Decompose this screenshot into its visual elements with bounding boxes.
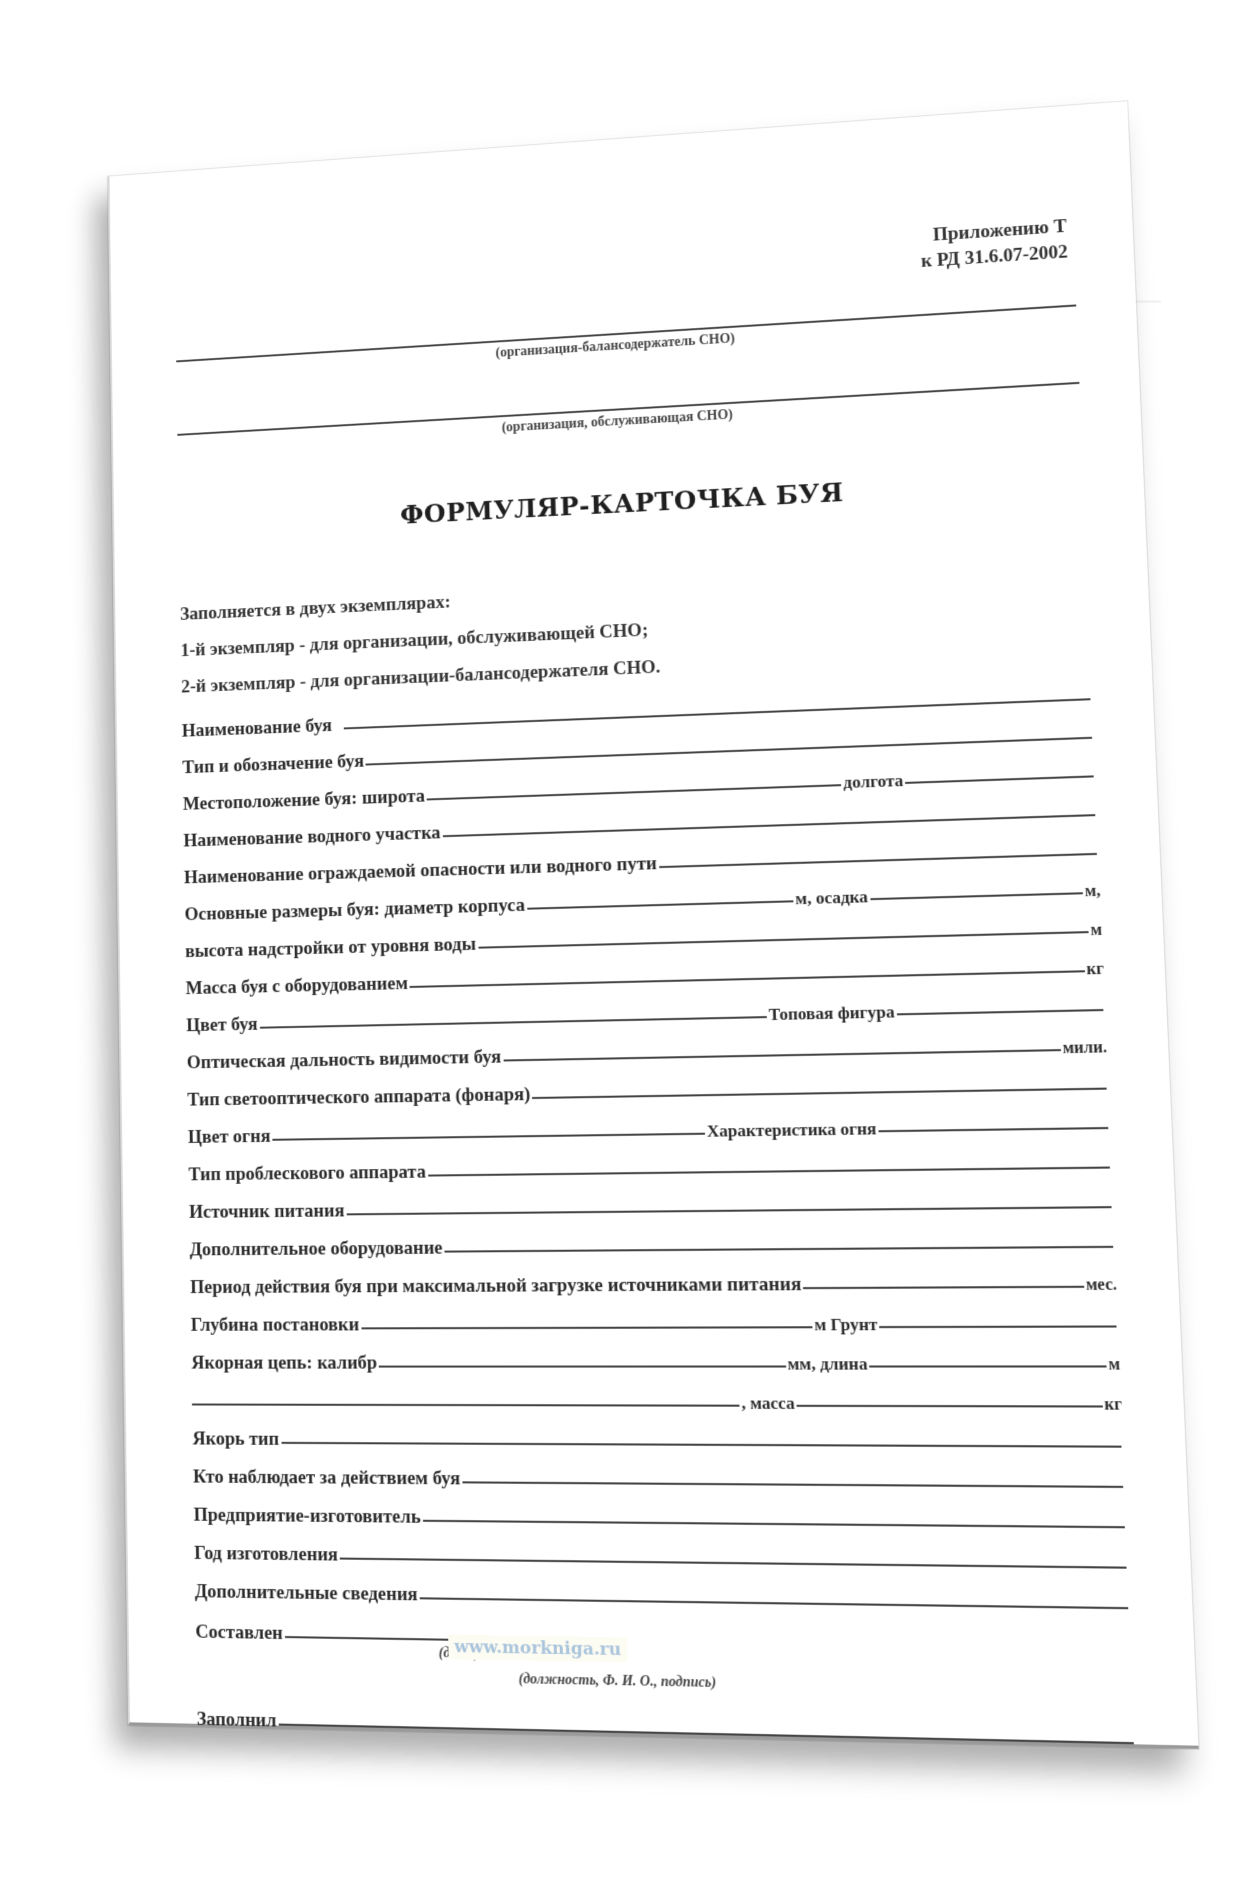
label-power-source: Источник питания	[189, 1200, 345, 1223]
label-longitude: долгота	[843, 771, 904, 793]
field-longitude[interactable]	[905, 775, 1093, 784]
unit-period: мес.	[1086, 1276, 1118, 1295]
label-topmark: Топовая фигура	[768, 1002, 895, 1025]
row-period: Период действия буя при максимальной заг…	[190, 1255, 1117, 1299]
field-year[interactable]	[340, 1558, 1127, 1569]
field-chain-extra[interactable]	[192, 1403, 740, 1406]
form-content: Приложению Т к РД 31.6.07-2002 (организа…	[175, 214, 1136, 1752]
field-extra-equipment[interactable]	[445, 1246, 1114, 1253]
field-ground[interactable]	[879, 1325, 1116, 1328]
field-diameter[interactable]	[527, 900, 794, 909]
label-draft: м, осадка	[795, 887, 868, 909]
row-chain-mass: , масса кг	[192, 1375, 1123, 1415]
field-flasher-type[interactable]	[428, 1167, 1110, 1177]
paper: Приложению Т к РД 31.6.07-2002 (организа…	[108, 101, 1199, 1749]
row-depth: Глубина постановки м Грунт	[190, 1295, 1119, 1337]
label-filled: Заполнил	[197, 1709, 277, 1733]
field-chain-caliber[interactable]	[379, 1365, 785, 1367]
field-chain-length[interactable]	[870, 1365, 1107, 1367]
label-year: Год изготовления	[194, 1543, 338, 1567]
field-manufacturer[interactable]	[423, 1520, 1125, 1529]
row-anchor-type: Якорь тип	[192, 1412, 1124, 1455]
field-power-source[interactable]	[346, 1206, 1111, 1215]
label-observer: Кто наблюдает за действием буя	[193, 1466, 461, 1490]
field-period[interactable]	[803, 1286, 1083, 1289]
unit-chain-length: м	[1108, 1356, 1120, 1375]
field-depth[interactable]	[361, 1326, 812, 1329]
field-light-character[interactable]	[878, 1127, 1108, 1132]
watermark: www.morkniga.ru	[448, 1635, 627, 1663]
field-draft[interactable]	[870, 892, 1083, 900]
field-filled-by[interactable]	[278, 1724, 1133, 1745]
label-manufacturer: Предприятие-изготовитель	[193, 1505, 420, 1529]
unit-visibility: мили.	[1062, 1039, 1107, 1058]
unit-superstructure: м	[1090, 921, 1102, 940]
label-chain-length: мм, длина	[787, 1354, 868, 1375]
label-depth: Глубина постановки	[191, 1314, 360, 1336]
label-flasher-type: Тип проблескового аппарата	[188, 1162, 426, 1187]
field-topmark[interactable]	[897, 1009, 1104, 1015]
row-filled: Заполнил	[196, 1690, 1136, 1752]
label-chain-caliber: Якорная цепь: калибр	[191, 1352, 377, 1374]
label-light-color: Цвет огня	[188, 1126, 271, 1149]
field-anchor-type[interactable]	[281, 1442, 1121, 1448]
row-chain: Якорная цепь: калибр мм, длина м	[191, 1335, 1121, 1375]
label-color: Цвет буя	[186, 1014, 258, 1037]
label-period: Период действия буя при максимальной заг…	[190, 1274, 802, 1299]
label-extra-info: Дополнительные сведения	[195, 1581, 418, 1606]
field-light-color[interactable]	[272, 1133, 705, 1141]
label-compiled: Составлен	[195, 1621, 283, 1645]
unit-chain-mass: кг	[1104, 1396, 1122, 1415]
label-anchor-type: Якорь тип	[192, 1428, 279, 1450]
row-observer: Кто наблюдает за действием буя	[193, 1450, 1126, 1495]
label-ground: м Грунт	[814, 1315, 878, 1336]
label-light-character: Характеристика огня	[707, 1119, 877, 1142]
paper-sheet: Приложению Т к РД 31.6.07-2002 (организа…	[108, 101, 1199, 1749]
field-chain-mass[interactable]	[797, 1405, 1102, 1408]
unit-mass: кг	[1086, 961, 1104, 980]
unit-draft: м,	[1085, 883, 1101, 902]
form-title: ФОРМУЛЯР-КАРТОЧКА БУЯ	[179, 466, 1085, 542]
field-observer[interactable]	[462, 1481, 1123, 1488]
caption-position: (должность, Ф. И. О., подпись)	[518, 1672, 716, 1691]
label-extra-equipment: Дополнительное оборудование	[189, 1238, 442, 1262]
mockup-stage: Составлен Заполнил Приложению Т к РД 31.…	[0, 0, 1250, 1898]
label-chain-mass: , масса	[741, 1393, 795, 1414]
